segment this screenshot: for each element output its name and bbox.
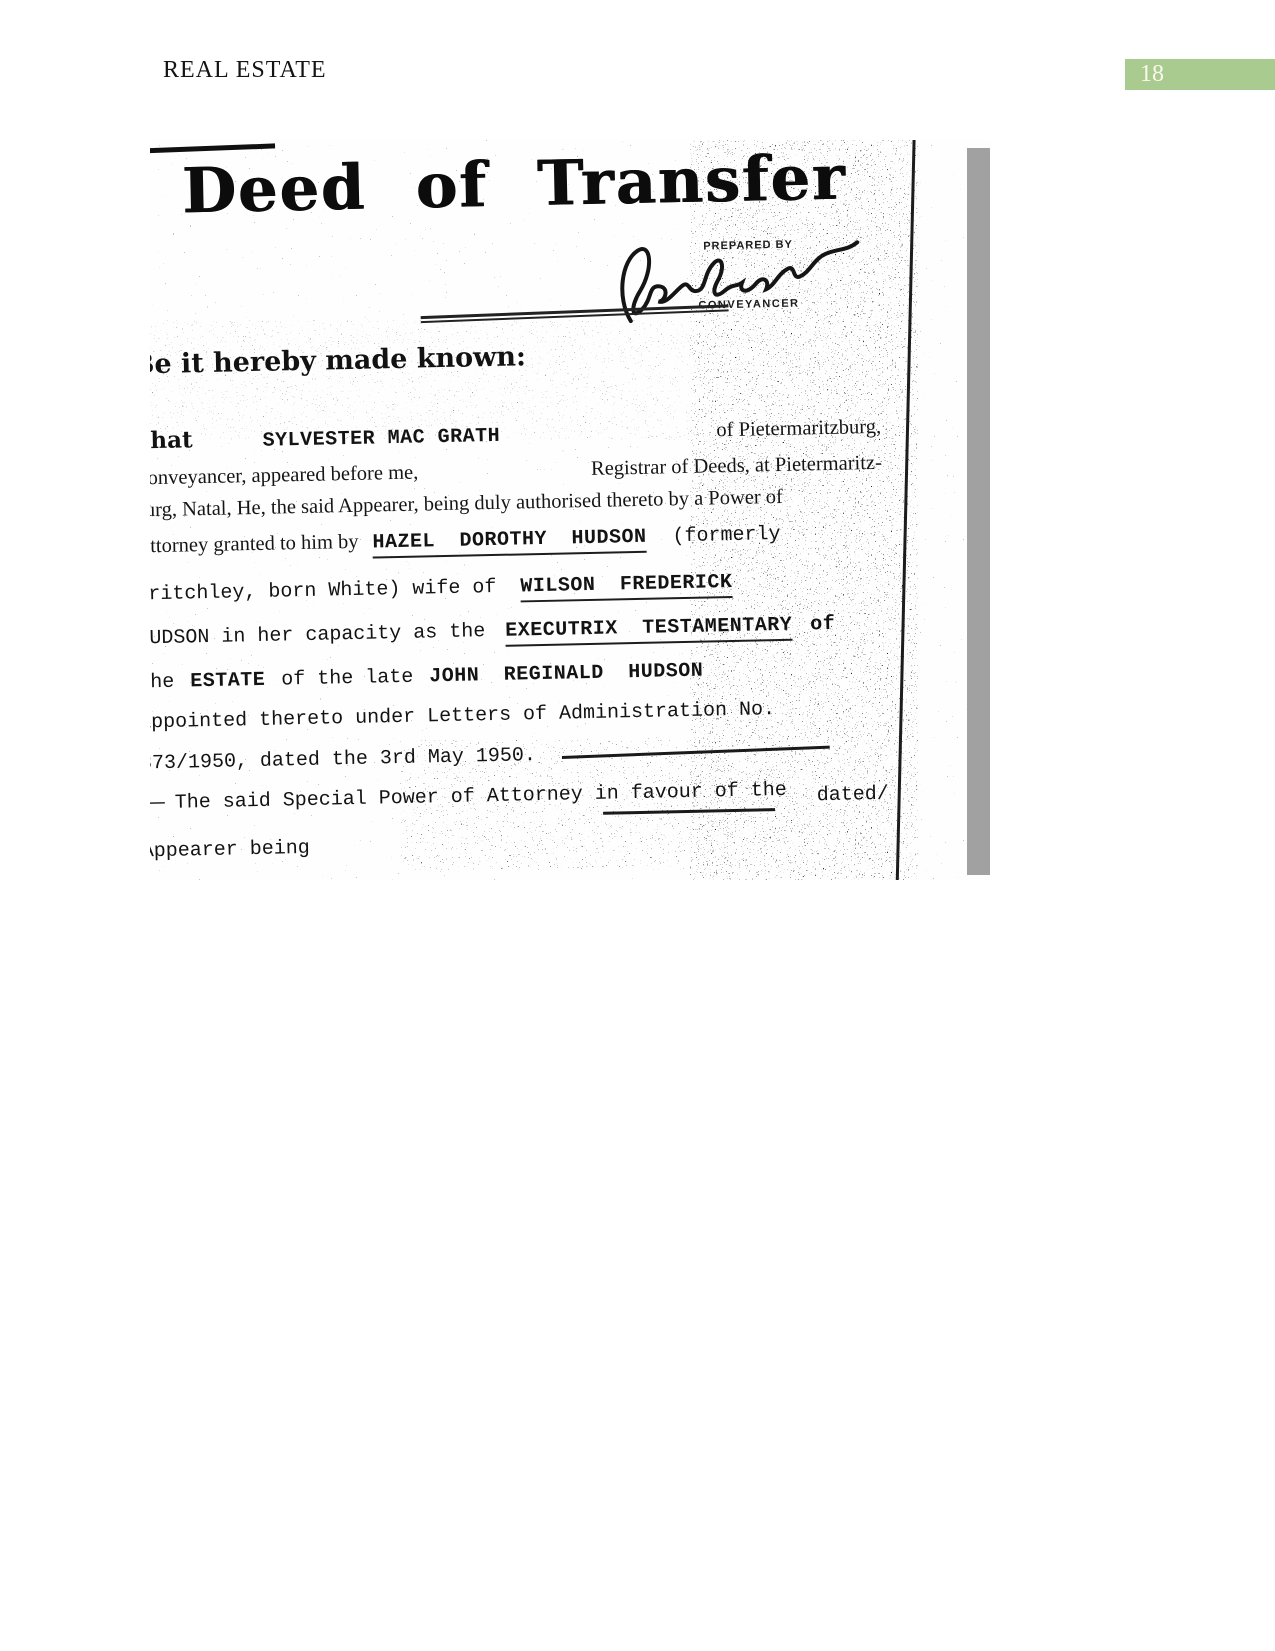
deed-scan: Deed of Transfer PREPARED BY CONVEYANCER… xyxy=(150,140,990,880)
deed-line-capacity: HUDSON in her capacity as the EXECUTRIX … xyxy=(150,612,886,655)
deed-line-registrar: Conveyancer, appeared before me, Registr… xyxy=(150,452,882,491)
document-page: REAL ESTATE 18 xyxy=(0,0,1275,1651)
page-number-badge: 18 xyxy=(1125,59,1275,90)
deed-content: Deed of Transfer PREPARED BY CONVEYANCER… xyxy=(150,140,950,880)
deed-line-appearer-being: Appearer being xyxy=(150,825,890,864)
formerly-text: (formerly xyxy=(672,523,780,548)
fill-rule-short xyxy=(603,808,775,815)
grantor-name: HAZEL DOROTHY HUDSON xyxy=(372,526,647,559)
registrar-text: Registrar of Deeds, at Pietermaritz- xyxy=(591,452,882,481)
estate-pre-text: the xyxy=(150,671,175,695)
conveyancer-signature-icon xyxy=(605,230,869,331)
capacity-text: HUDSON in her capacity as the xyxy=(150,620,486,650)
deed-line-appearer: That SYLVESTER MAC GRATH of Pietermaritz… xyxy=(150,412,881,456)
appearer-being-text: Appearer being xyxy=(150,837,310,864)
scan-top-edge-mark xyxy=(150,143,275,153)
letters-number: 873/1950, dated the 3rd May 1950. xyxy=(150,744,536,775)
husband-name: WILSON FREDERICK xyxy=(520,571,733,602)
appearer-name: SYLVESTER MAC GRATH xyxy=(262,425,500,453)
deed-line-maiden: Critchley, born White) wife of WILSON FR… xyxy=(150,568,885,611)
deed-line-estate: the ESTATE of the late JOHN REGINALD HUD… xyxy=(150,656,886,695)
page-title: REAL ESTATE xyxy=(163,57,327,84)
before-me-text: Conveyancer, appeared before me, xyxy=(150,462,419,491)
attorney-granted-text: Attorney granted to him by xyxy=(150,531,359,559)
scanner-gray-bar xyxy=(967,148,990,875)
proclamation-heading: Be it hereby made known: xyxy=(150,341,526,380)
deed-body: That SYLVESTER MAC GRATH of Pietermaritz… xyxy=(150,412,890,864)
deceased-name: JOHN REGINALD HUDSON xyxy=(429,660,703,689)
estate-mid-text: of the late xyxy=(281,666,413,692)
deed-line-authorised: burg, Natal, He, the said Appearer, bein… xyxy=(150,484,883,523)
dated-catchword: dated/ xyxy=(817,783,889,808)
estate-word: ESTATE xyxy=(190,669,265,694)
letters-text: appointed thereto under Letters of Admin… xyxy=(150,698,775,734)
executrix-role: EXECUTRIX TESTAMENTARY xyxy=(505,614,793,647)
deed-line-letters: appointed thereto under Letters of Admin… xyxy=(150,696,887,735)
that-word: That xyxy=(150,426,193,454)
fill-rule xyxy=(562,746,830,759)
maiden-name-text: Critchley, born White) wife of xyxy=(150,576,497,607)
authorised-text: burg, Natal, He, the said Appearer, bein… xyxy=(150,486,783,523)
of-word: of xyxy=(810,613,835,637)
appearer-city: of Pietermaritzburg, xyxy=(716,416,881,442)
deed-line-letters-no: 873/1950, dated the 3rd May 1950. xyxy=(150,737,888,776)
deed-line-grantor: Attorney granted to him by HAZEL DOROTHY… xyxy=(150,520,884,564)
deed-title: Deed of Transfer xyxy=(181,141,847,228)
dash-mark: —— xyxy=(150,792,165,815)
